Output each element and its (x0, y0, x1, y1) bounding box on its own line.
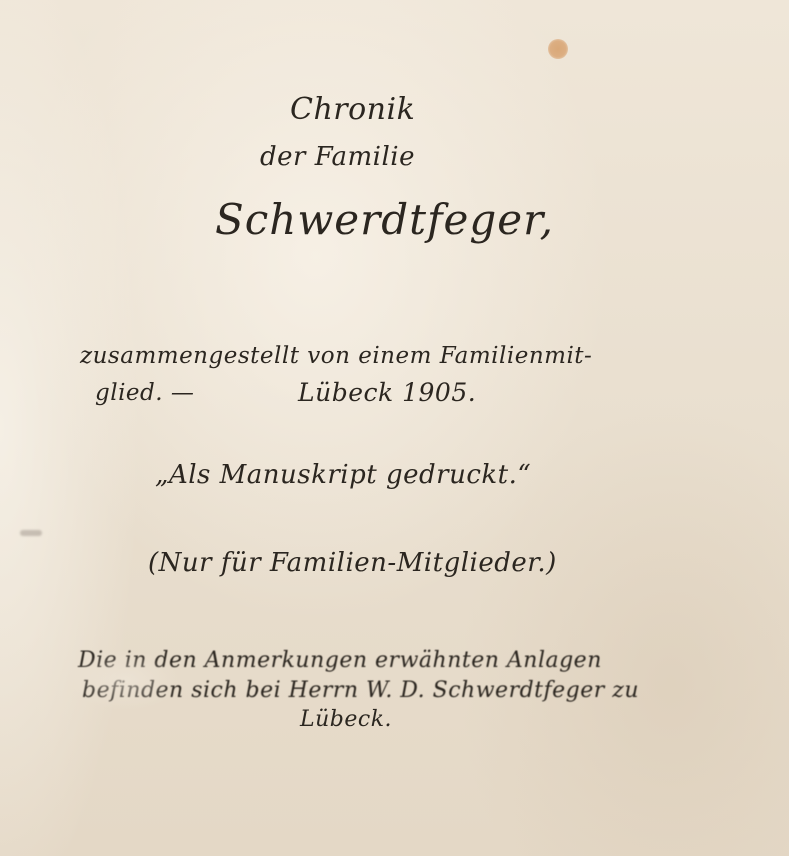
compiled-by-line-2: glied. — (95, 380, 194, 406)
audience-note: (Nur für Familien-Mitglieder.) (148, 548, 557, 578)
edge-mark (20, 530, 42, 536)
foxing-stain (548, 39, 568, 59)
title-chronik: Chronik (290, 92, 415, 127)
printing-note: „Als Manuskript gedruckt.“ (155, 460, 531, 490)
scanned-document-page: Chronik der Familie Schwerdtfeger, zusam… (0, 0, 789, 856)
ink-smudge (70, 650, 180, 710)
title-family-name: Schwerdtfeger, (215, 195, 554, 244)
place-and-year: Lübeck 1905. (298, 378, 476, 407)
title-der-familie: der Familie (260, 142, 415, 172)
compiled-by-line-1: zusammengestellt von einem Familienmit- (80, 343, 592, 369)
annex-note-line-3: Lübeck. (300, 707, 392, 732)
